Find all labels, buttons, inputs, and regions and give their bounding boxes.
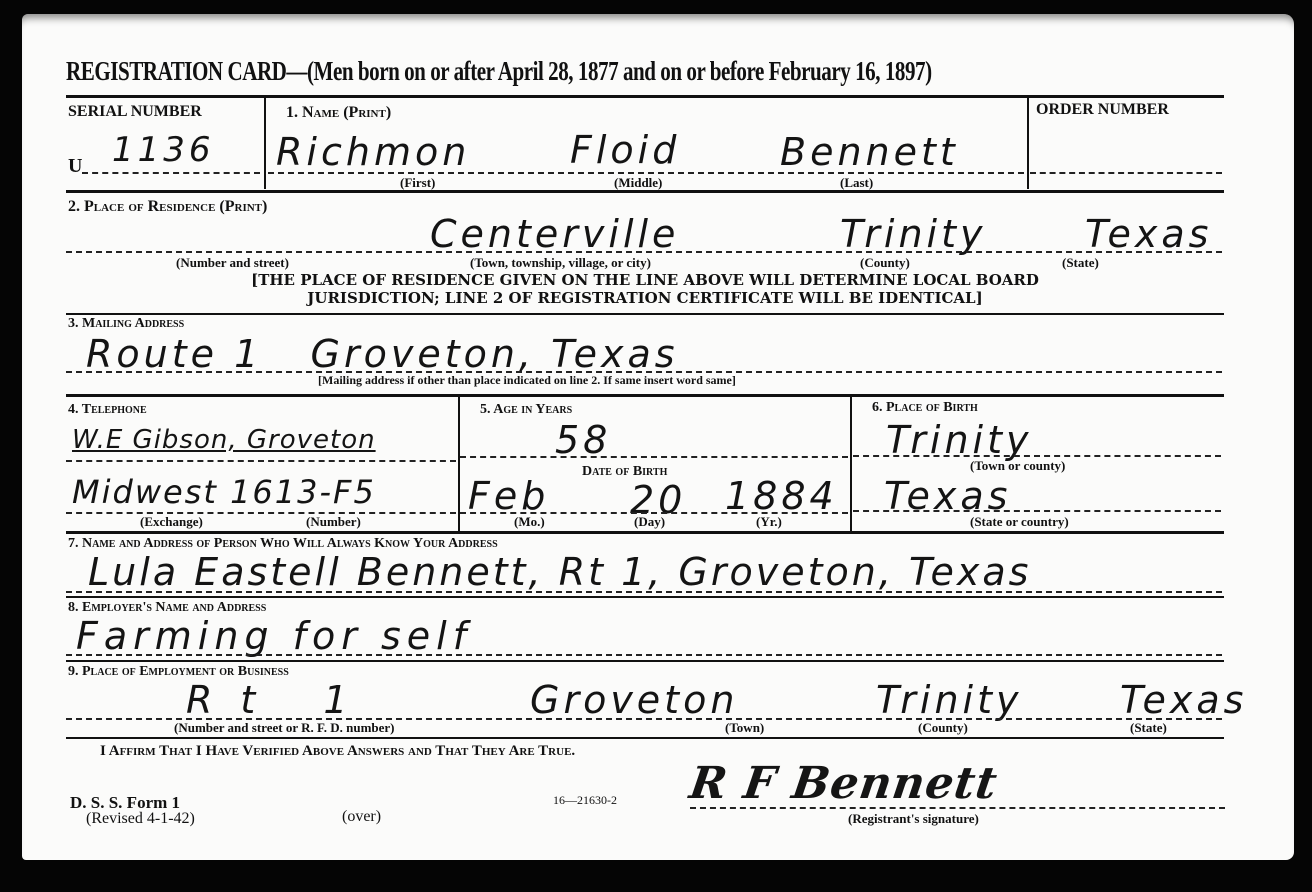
- residence-label: 2. Place of Residence (Print): [68, 198, 267, 216]
- telephone-line1-value[interactable]: W.E Gibson, Groveton: [72, 425, 376, 455]
- row3-rule: [66, 394, 1224, 397]
- middle-caption: (Middle): [614, 175, 662, 191]
- employment-state-value[interactable]: Texas: [1120, 678, 1247, 722]
- registrant-signature[interactable]: R F Bennett: [686, 758, 1000, 809]
- form-revised: (Revised 4-1-42): [86, 810, 195, 828]
- age-label: 5. Age in Years: [480, 402, 572, 418]
- residence-notice-line1: [THE PLACE OF RESIDENCE GIVEN ON THE LIN…: [140, 271, 1150, 289]
- state-caption: (State): [1062, 255, 1099, 271]
- telephone-divider: [458, 397, 460, 531]
- telephone-line1: [66, 460, 456, 462]
- row2-rule: [66, 313, 1224, 315]
- residence-state-value[interactable]: Texas: [1085, 212, 1212, 256]
- signature-line: [690, 807, 1225, 809]
- employment-county-value[interactable]: Trinity: [876, 678, 1022, 722]
- town-caption: (Town, township, village, or city): [470, 255, 651, 271]
- name-label: 1. Name (Print): [286, 104, 391, 122]
- telephone-label: 4. Telephone: [68, 402, 147, 418]
- exchange-caption: (Exchange): [140, 514, 203, 530]
- employment-town-value[interactable]: Groveton: [530, 678, 738, 722]
- number-caption: (Number): [306, 514, 361, 530]
- employment-state-caption: (State): [1130, 720, 1167, 736]
- serial-number-value[interactable]: 1136: [112, 130, 215, 170]
- title-rule: [66, 95, 1224, 98]
- residence-notice-line2: JURISDICTION; LINE 2 OF REGISTRATION CER…: [140, 289, 1150, 307]
- name-line: [268, 172, 1024, 174]
- mailing-address-value[interactable]: Route 1 Groveton, Texas: [86, 332, 679, 376]
- residence-line: [66, 251, 1222, 253]
- residence-town-value[interactable]: Centerville: [430, 212, 679, 256]
- birthplace-state-caption: (State or country): [970, 514, 1069, 530]
- contact-value[interactable]: Lula Eastell Bennett, Rt 1, Groveton, Te…: [88, 550, 1031, 594]
- employment-county-caption: (County): [918, 720, 968, 736]
- serial-divider: [264, 97, 266, 189]
- first-name-value[interactable]: Richmon: [276, 130, 470, 174]
- birthplace-town-line: [853, 455, 1221, 457]
- signature-caption: (Registrant's signature): [848, 811, 979, 827]
- serial-line: [82, 172, 260, 174]
- contact-line: [66, 591, 1222, 593]
- birthplace-town-caption: (Town or county): [970, 458, 1065, 474]
- order-divider: [1027, 97, 1029, 189]
- month-caption: (Mo.): [514, 514, 545, 530]
- form-title: REGISTRATION CARD—(Men born on or after …: [66, 56, 932, 87]
- residence-county-value[interactable]: Trinity: [840, 212, 986, 256]
- employer-line: [66, 654, 1222, 656]
- telephone-line2-value[interactable]: Midwest 1613-F5: [72, 473, 376, 511]
- age-divider: [850, 397, 852, 531]
- year-caption: (Yr.): [756, 514, 782, 530]
- employment-street-caption: (Number and street or R. F. D. number): [174, 720, 395, 736]
- employment-town-caption: (Town): [725, 720, 764, 736]
- age-line: [460, 456, 848, 458]
- row4-rule: [66, 531, 1224, 534]
- last-name-value[interactable]: Bennett: [780, 130, 959, 174]
- print-code: 16—21630-2: [553, 793, 617, 808]
- row8-rule: [66, 660, 1224, 662]
- birthplace-label: 6. Place of Birth: [872, 400, 978, 416]
- first-caption: (First): [400, 175, 435, 191]
- employer-value[interactable]: Farming for self: [76, 614, 472, 658]
- mailing-caption: [Mailing address if other than place ind…: [318, 373, 736, 388]
- order-number-label: ORDER NUMBER: [1036, 101, 1169, 119]
- street-caption: (Number and street): [176, 255, 289, 271]
- row9-rule: [66, 737, 1224, 739]
- over-note: (over): [342, 808, 381, 826]
- employment-street-value[interactable]: Rt 1: [186, 678, 376, 722]
- order-line: [1030, 172, 1222, 174]
- middle-name-value[interactable]: Floid: [570, 128, 680, 172]
- county-caption: (County): [860, 255, 910, 271]
- last-caption: (Last): [840, 175, 873, 191]
- mailing-label: 3. Mailing Address: [68, 316, 184, 332]
- telephone-line2: [66, 512, 456, 514]
- serial-prefix: U: [68, 155, 82, 178]
- row1-rule: [66, 190, 1224, 193]
- row7-rule: [66, 596, 1224, 598]
- birthplace-state-line: [853, 510, 1221, 512]
- day-caption: (Day): [634, 514, 665, 530]
- affirmation-text: I Affirm That I Have Verified Above Answ…: [100, 743, 575, 760]
- serial-number-label: SERIAL NUMBER: [68, 103, 202, 121]
